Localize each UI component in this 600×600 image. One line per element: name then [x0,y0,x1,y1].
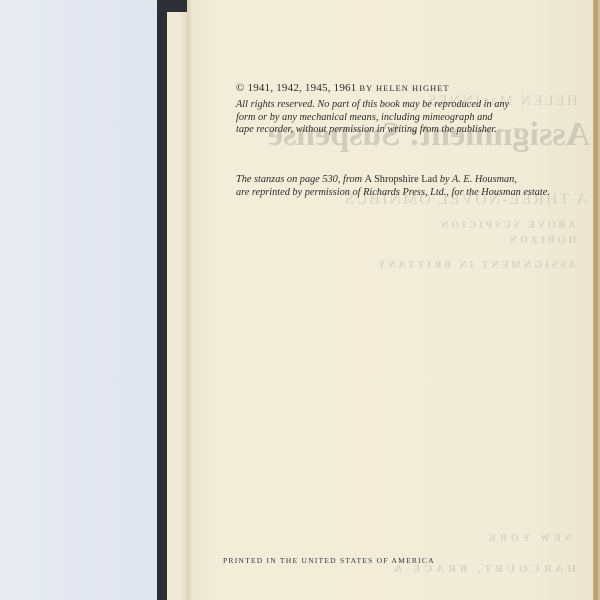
bleed-content-2: HORIZON [507,235,576,246]
copyright-author: BY HELEN HIGHET [359,83,449,93]
page-stack-edge [167,12,187,600]
rights-line: tape recorder, without permission in wri… [236,124,509,137]
book-title-reference: A Shropshire Lad [365,174,438,185]
printed-in-notice: PRINTED IN THE UNITED STATES OF AMERICA [223,556,435,565]
stanzas-permission: The stanzas on page 530, from A Shropshi… [236,174,550,199]
rights-line: All rights reserved. No part of this boo… [236,99,509,112]
background-surface [0,0,158,600]
copyright-line: © 1941, 1942, 1945, 1961 BY HELEN HIGHET [236,82,450,94]
page-gutter [187,0,193,600]
book-cover-corner [157,0,189,12]
bleed-content-3: ASSIGNMENT IN BRITTANY [375,260,576,271]
book-cover-edge [157,0,167,600]
rights-line: form or by any mechanical means, includi… [236,112,509,125]
stanzas-line-1: The stanzas on page 530, from A Shropshi… [236,174,550,187]
copyright-years: 1941, 1942, 1945, 1961 [248,82,357,94]
page-right-edge [593,0,600,600]
rights-statement: All rights reserved. No part of this boo… [236,99,509,137]
stanzas-line-2: are reprinted by permission of Richards … [236,187,550,200]
copyright-symbol: © [236,82,245,94]
bleed-city: NEW YORK [484,533,572,544]
stanzas-prefix: The stanzas on page 530, from [236,174,365,185]
stanzas-suffix: by A. E. Housman, [437,174,517,185]
bleed-content-1: ABOVE SUSPICION [438,220,576,231]
